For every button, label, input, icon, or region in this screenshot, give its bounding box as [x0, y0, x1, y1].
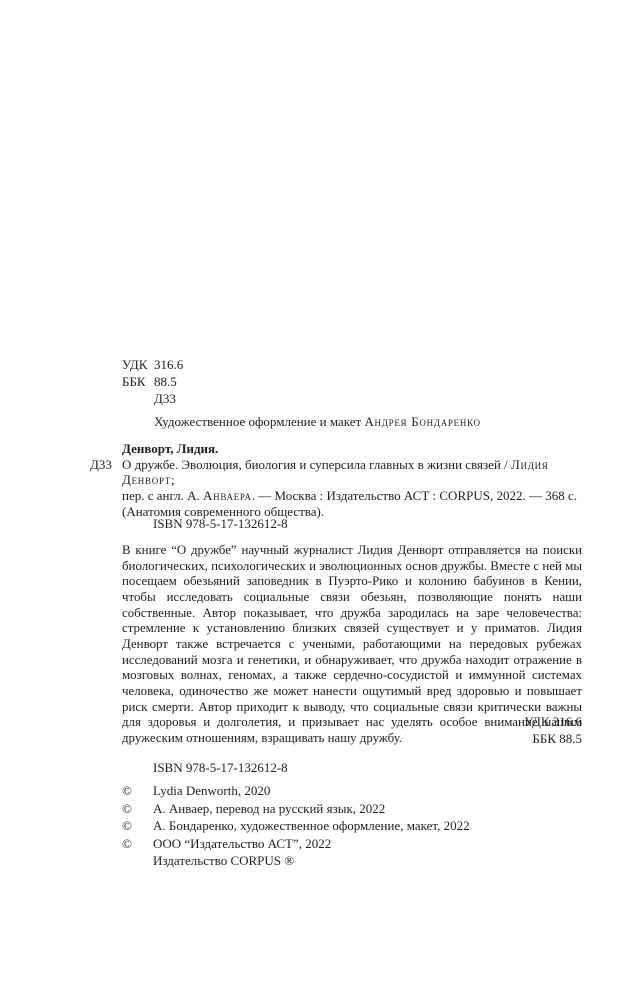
copyright-text: Lydia Denworth, 2020 — [153, 782, 270, 800]
copyright-row: © А. Бондаренко, художественное оформлен… — [122, 817, 470, 835]
catalog-author-sign: Д33 — [90, 457, 122, 520]
isbn-bottom: ISBN 978-5-17-132612-8 — [153, 760, 288, 776]
copyright-row: © ООО “Издательство АСТ”, 2022 — [122, 835, 470, 853]
copyright-symbol: © — [122, 800, 153, 818]
design-credit-line: Художественное оформление и макет Андрея… — [154, 413, 481, 430]
udk-repeat-line: УДК 316.6 — [122, 714, 582, 731]
copyright-symbol — [122, 852, 153, 870]
author-sign: Д33 — [154, 390, 176, 407]
copyright-symbol: © — [122, 817, 153, 835]
author-sign-spacer — [122, 390, 154, 407]
copyright-text: ООО “Издательство АСТ”, 2022 — [153, 835, 331, 853]
designer-name: Андрея Бондаренко — [364, 414, 480, 429]
copyright-text: А. Анваер, перевод на русский язык, 2022 — [153, 800, 385, 818]
copyright-row: Издательство CORPUS ® — [122, 852, 470, 870]
catalog-author-line: Денворт, Лидия. — [122, 441, 582, 457]
catalog-line-1: О дружбе. Эволюция, биология и суперсила… — [122, 457, 582, 488]
bbk-row: ББК 88.5 — [122, 373, 183, 390]
copyright-row: © Lydia Denworth, 2020 — [122, 782, 470, 800]
copyright-text: А. Бондаренко, художественное оформление… — [153, 817, 470, 835]
copyright-row: © А. Анваер, перевод на русский язык, 20… — [122, 800, 470, 818]
catalog-entry: Денворт, Лидия. Д33 О дружбе. Эволюция, … — [90, 441, 582, 520]
isbn-top: ISBN 978-5-17-132612-8 — [153, 516, 288, 532]
udk-label: УДК — [122, 356, 154, 373]
catalog-line-2: пер. с англ. А. Анваера. — Москва : Изда… — [122, 488, 582, 504]
book-imprint-page: УДК 316.6 ББК 88.5 Д33 Художественное оф… — [0, 0, 644, 1000]
copyright-symbol: © — [122, 782, 153, 800]
design-credit-text: Художественное оформление и макет — [154, 414, 364, 429]
bbk-value: 88.5 — [154, 373, 177, 390]
udk-row: УДК 316.6 — [122, 356, 183, 373]
classification-repeat-block: УДК 316.6 ББК 88.5 — [122, 714, 582, 747]
bbk-repeat-line: ББК 88.5 — [122, 731, 582, 748]
udk-value: 316.6 — [154, 356, 183, 373]
author-sign-row: Д33 — [122, 390, 183, 407]
bbk-label: ББК — [122, 373, 154, 390]
classification-block: УДК 316.6 ББК 88.5 Д33 — [122, 356, 183, 407]
catalog-translator-name: Анваера — [203, 488, 252, 503]
copyright-block: © Lydia Denworth, 2020 © А. Анваер, пере… — [122, 782, 470, 870]
catalog-description: О дружбе. Эволюция, биология и суперсила… — [122, 457, 582, 520]
copyright-text: Издательство CORPUS ® — [153, 852, 294, 870]
copyright-symbol: © — [122, 835, 153, 853]
catalog-body: Д33 О дружбе. Эволюция, биология и супер… — [90, 457, 582, 520]
